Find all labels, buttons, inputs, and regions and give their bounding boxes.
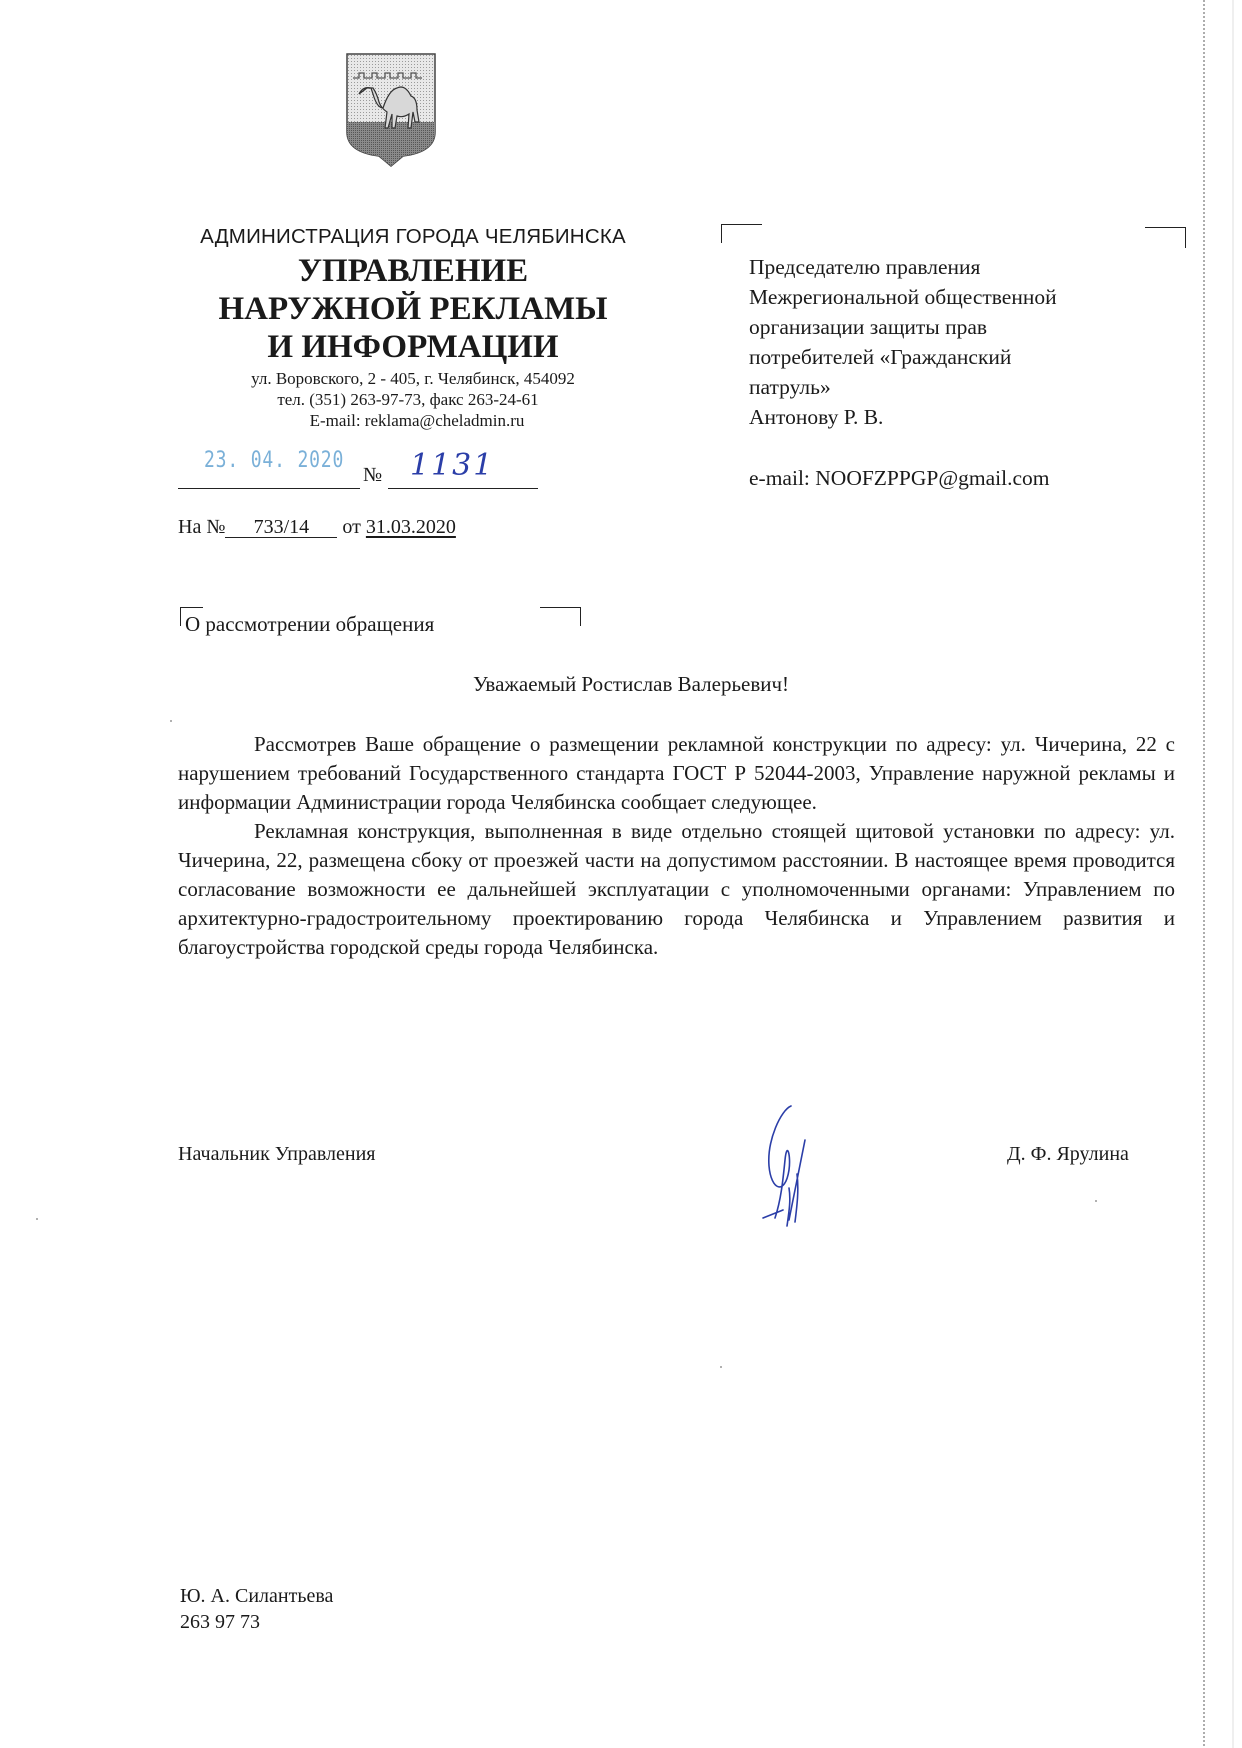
scan-edge-shadow bbox=[1232, 0, 1234, 1748]
reference-number: 733/14 bbox=[225, 517, 337, 538]
date-underline bbox=[178, 488, 360, 489]
department-line: УПРАВЛЕНИЕ bbox=[178, 252, 648, 290]
department-email: E-mail: reklama@cheladmin.ru bbox=[178, 410, 648, 431]
addressee-bracket-left bbox=[721, 224, 762, 243]
reference-from-label: от bbox=[342, 516, 360, 538]
signatory-title: Начальник Управления bbox=[178, 1143, 375, 1166]
department-contacts: ул. Воровского, 2 - 405, г. Челябинск, 4… bbox=[178, 368, 648, 431]
addressee-bracket-right bbox=[1145, 227, 1186, 248]
outgoing-registration: 23. 04. 2020 № 1131 bbox=[178, 448, 538, 492]
signatory-name: Д. Ф. Ярулина bbox=[1007, 1143, 1129, 1166]
scan-edge bbox=[1203, 0, 1205, 1748]
body-paragraph: Рассмотрев Ваше обращение о размещении р… bbox=[178, 730, 1175, 817]
reference-line: На №733/14 от 31.03.2020 bbox=[178, 516, 456, 539]
addressee-line: Председателю правления bbox=[749, 252, 1189, 282]
administration-name: АДМИНИСТРАЦИЯ ГОРОДА ЧЕЛЯБИНСКА bbox=[178, 225, 648, 249]
handwritten-signature bbox=[745, 1100, 845, 1230]
department-line: И ИНФОРМАЦИИ bbox=[178, 328, 648, 366]
executor-phone: 263 97 73 bbox=[180, 1609, 333, 1635]
addressee-line: Межрегиональной общественной bbox=[749, 282, 1189, 312]
subject-line: О рассмотрении обращения bbox=[185, 612, 434, 637]
executor-name: Ю. А. Силантьева bbox=[180, 1583, 333, 1609]
date-stamp: 23. 04. 2020 bbox=[204, 448, 344, 473]
addressee-block: Председателю правления Межрегиональной о… bbox=[749, 252, 1189, 432]
subject-bracket-right bbox=[540, 607, 581, 626]
addressee-line: потребителей «Гражданский bbox=[749, 342, 1189, 372]
number-label: № bbox=[363, 464, 382, 487]
number-underline bbox=[388, 488, 538, 489]
salutation: Уважаемый Ростислав Валерьевич! bbox=[0, 672, 1242, 697]
department-name: УПРАВЛЕНИЕ НАРУЖНОЙ РЕКЛАМЫ И ИНФОРМАЦИИ bbox=[178, 252, 648, 366]
department-address: ул. Воровского, 2 - 405, г. Челябинск, 4… bbox=[178, 368, 648, 389]
reference-date: 31.03.2020 bbox=[366, 516, 456, 538]
department-phone-fax: тел. (351) 263-97-73, факс 263-24-61 bbox=[178, 389, 648, 410]
body-paragraph: Рекламная конструкция, выполненная в вид… bbox=[178, 817, 1175, 962]
scan-speck bbox=[36, 1218, 38, 1220]
addressee-line: патруль» bbox=[749, 372, 1189, 402]
letter-body: Рассмотрев Ваше обращение о размещении р… bbox=[178, 730, 1175, 962]
addressee-email: e-mail: NOOFZPPGP@gmail.com bbox=[749, 466, 1050, 491]
addressee-line: Антонову Р. В. bbox=[749, 402, 1189, 432]
scan-speck bbox=[1095, 1200, 1097, 1202]
scan-speck bbox=[720, 1366, 722, 1368]
executor-block: Ю. А. Силантьева 263 97 73 bbox=[180, 1583, 333, 1635]
handwritten-number: 1131 bbox=[410, 448, 494, 483]
city-coat-of-arms-camel-icon bbox=[345, 52, 437, 170]
department-line: НАРУЖНОЙ РЕКЛАМЫ bbox=[178, 290, 648, 328]
reference-prefix: На № bbox=[178, 516, 225, 538]
addressee-line: организации защиты прав bbox=[749, 312, 1189, 342]
scan-speck bbox=[170, 720, 172, 722]
